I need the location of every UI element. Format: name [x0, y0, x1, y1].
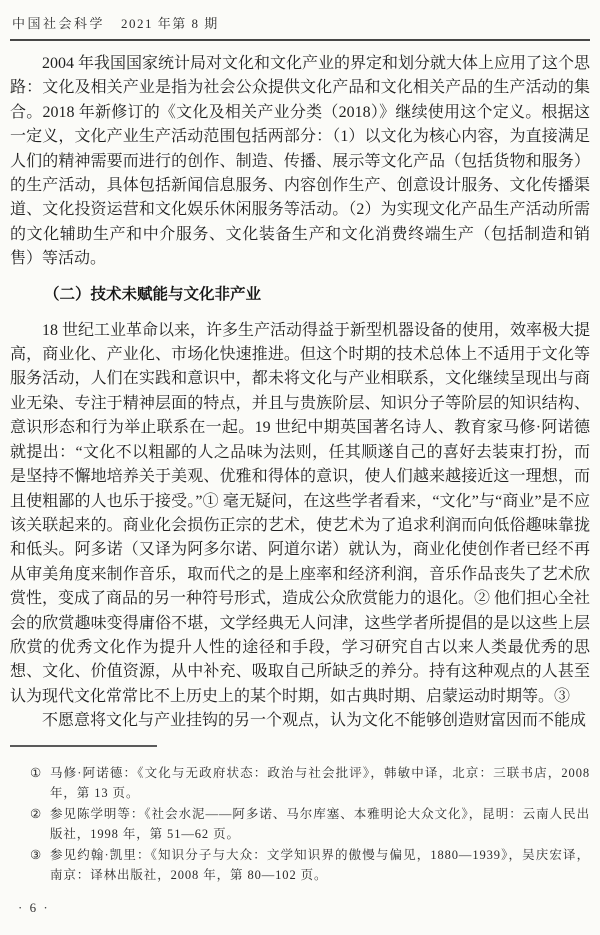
footnote-marker: ③ [30, 845, 41, 866]
body-paragraph: 2004 年我国国家统计局对文化和文化产业的界定和划分就大体上应用了这个思路：文… [10, 52, 590, 272]
footnote-text: 马修·阿诺德：《文化与无政府状态：政治与社会批评》，韩敏中译，北京：三联书店，2… [50, 766, 590, 801]
body-paragraph: 18 世纪工业革命以来，许多生产活动得益于新型机器设备的使用，效率极大提高，商业… [10, 319, 590, 710]
header-rule [10, 39, 590, 41]
footnote-marker: ① [30, 763, 41, 784]
footnote-separator [10, 745, 157, 747]
journal-issue: 2021 年第 8 期 [121, 16, 219, 31]
footnote-text: 参见陈学明等：《社会水泥——阿多诺、马尔库塞、本雅明论大众文化》，昆明：云南人民… [50, 807, 590, 842]
journal-title: 中国社会科学 [12, 16, 105, 31]
footnote-text: 参见约翰·凯里：《知识分子与大众：文学知识界的傲慢与偏见，1880—1939》，… [50, 848, 590, 883]
journal-page: 中国社会科学2021 年第 8 期 2004 年我国国家统计局对文化和文化产业的… [0, 0, 600, 935]
page-header: 中国社会科学2021 年第 8 期 [10, 10, 590, 39]
page-number: · 6 · [18, 900, 50, 916]
footnote: ② 参见陈学明等：《社会水泥——阿多诺、马尔库塞、本雅明论大众文化》，昆明：云南… [10, 804, 590, 845]
section-heading: （二）技术未赋能与文化非产业 [10, 284, 590, 305]
footnote-marker: ② [30, 804, 41, 825]
footnotes-section: ① 马修·阿诺德：《文化与无政府状态：政治与社会批评》，韩敏中译，北京：三联书店… [10, 763, 590, 886]
footnote: ① 马修·阿诺德：《文化与无政府状态：政治与社会批评》，韩敏中译，北京：三联书店… [10, 763, 590, 804]
footnote: ③ 参见约翰·凯里：《知识分子与大众：文学知识界的傲慢与偏见，1880—1939… [10, 845, 590, 886]
article-body: 2004 年我国国家统计局对文化和文化产业的界定和划分就大体上应用了这个思路：文… [10, 52, 590, 734]
body-paragraph: 不愿意将文化与产业挂钩的另一个观点，认为文化不能够创造财富因而不能成 [10, 709, 590, 733]
